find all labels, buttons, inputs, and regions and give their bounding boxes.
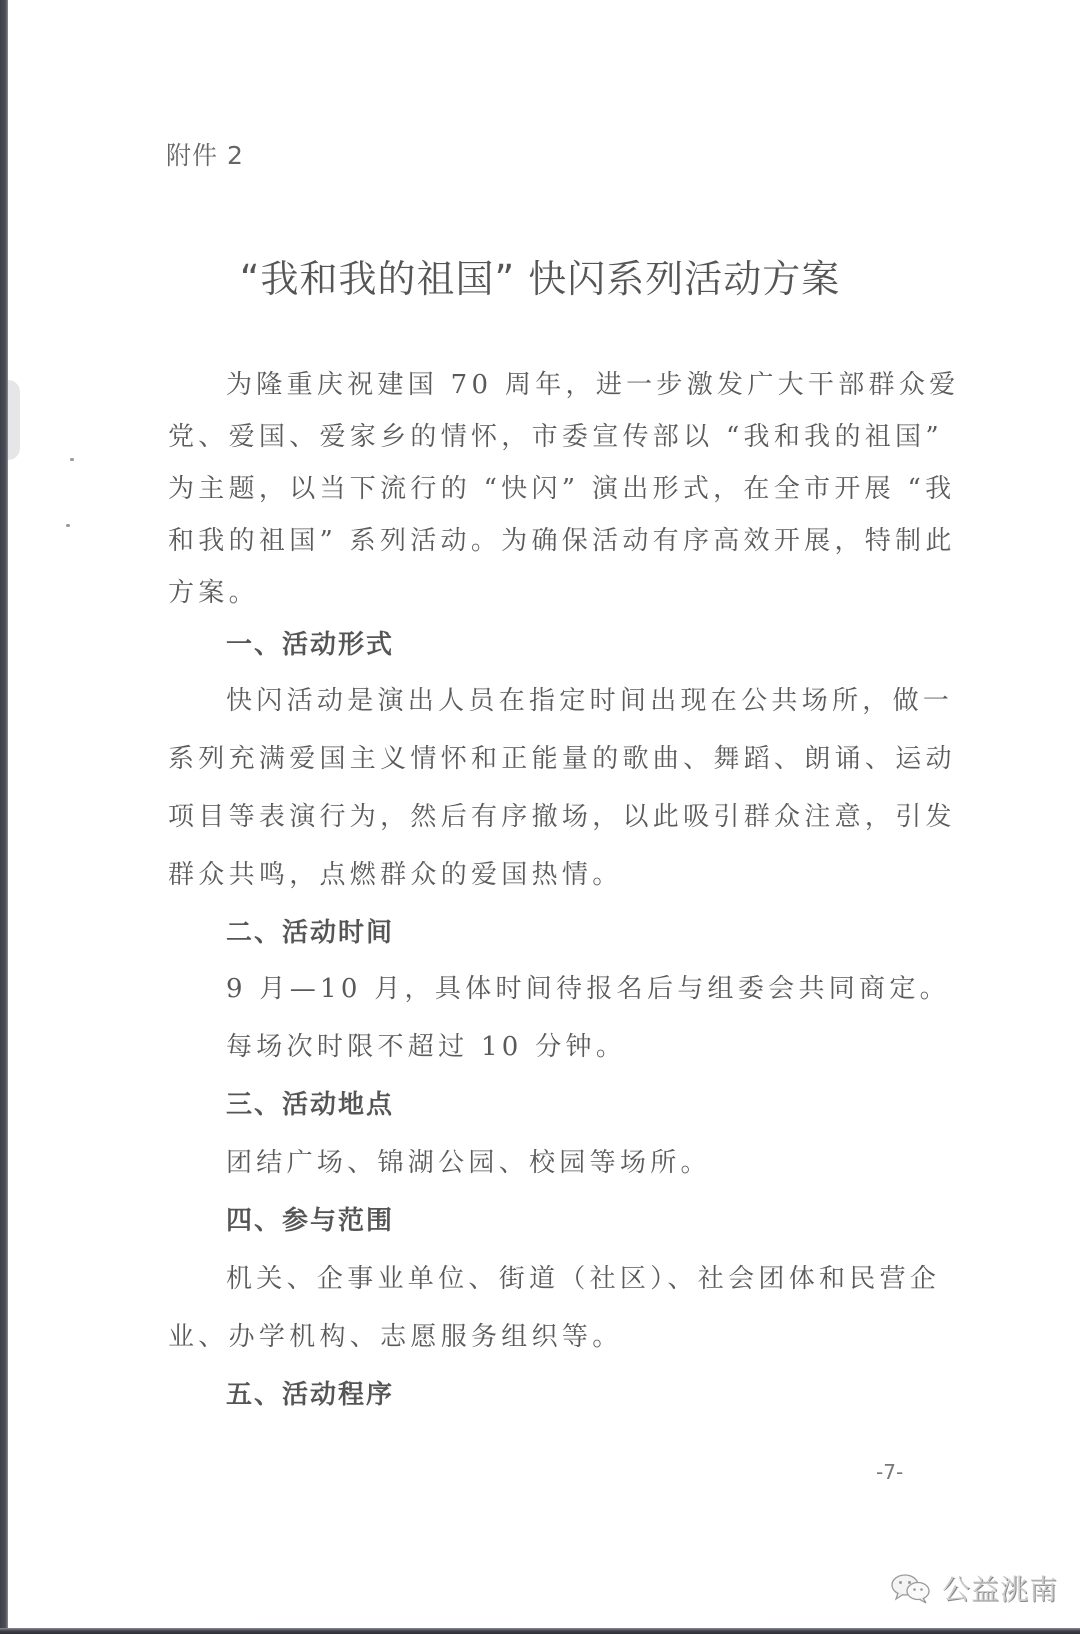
scan-bottom-edge	[0, 1628, 1080, 1634]
section-heading-activity-time: 二、活动时间	[226, 912, 394, 949]
section-heading-participation-scope: 四、参与范围	[226, 1200, 394, 1237]
section-line: 业、办学机构、志愿服务组织等。	[168, 1316, 623, 1353]
intro-line: 为隆重庆祝建国 70 周年，进一步激发广大干部群众爱	[226, 364, 959, 401]
section-line: 项目等表演行为，然后有序撤场，以此吸引群众注意，引发	[168, 796, 956, 833]
watermark: 公益洮南	[890, 1568, 1058, 1608]
section-heading-activity-location: 三、活动地点	[226, 1084, 394, 1121]
section-line: 系列充满爱国主义情怀和正能量的歌曲、舞蹈、朗诵、运动	[168, 738, 956, 775]
wechat-icon	[890, 1572, 934, 1604]
section-line: 9 月—10 月，具体时间待报名后与组委会共同商定。	[226, 968, 950, 1005]
intro-line: 党、爱国、爱家乡的情怀，市委宣传部以 “我和我的祖国”	[168, 416, 943, 453]
attachment-label: 附件 2	[166, 136, 244, 172]
section-heading-activity-form: 一、活动形式	[226, 624, 394, 661]
document-title: “我和我的祖国” 快闪系列活动方案	[0, 248, 1080, 303]
section-line: 每场次时限不超过 10 分钟。	[226, 1026, 626, 1063]
section-line: 团结广场、锦湖公园、校园等场所。	[226, 1142, 711, 1179]
intro-line: 方案。	[168, 572, 259, 609]
section-line: 群众共鸣，点燃群众的爱国热情。	[168, 854, 623, 891]
document-page: 附件 2 “我和我的祖国” 快闪系列活动方案 为隆重庆祝建国 70 周年，进一步…	[0, 0, 1080, 1634]
section-heading-activity-procedure: 五、活动程序	[226, 1374, 394, 1411]
page-number: -7-	[876, 1460, 903, 1484]
watermark-text: 公益洮南	[942, 1568, 1058, 1608]
section-line: 快闪活动是演出人员在指定时间出现在公共场所，做一	[226, 680, 953, 717]
section-line: 机关、企事业单位、街道（社区）、社会团体和民营企	[226, 1258, 940, 1295]
intro-line: 为主题，以当下流行的 “快闪” 演出形式，在全市开展 “我	[168, 468, 955, 505]
intro-line: 和我的祖国” 系列活动。为确保活动有序高效开展，特制此	[168, 520, 956, 557]
